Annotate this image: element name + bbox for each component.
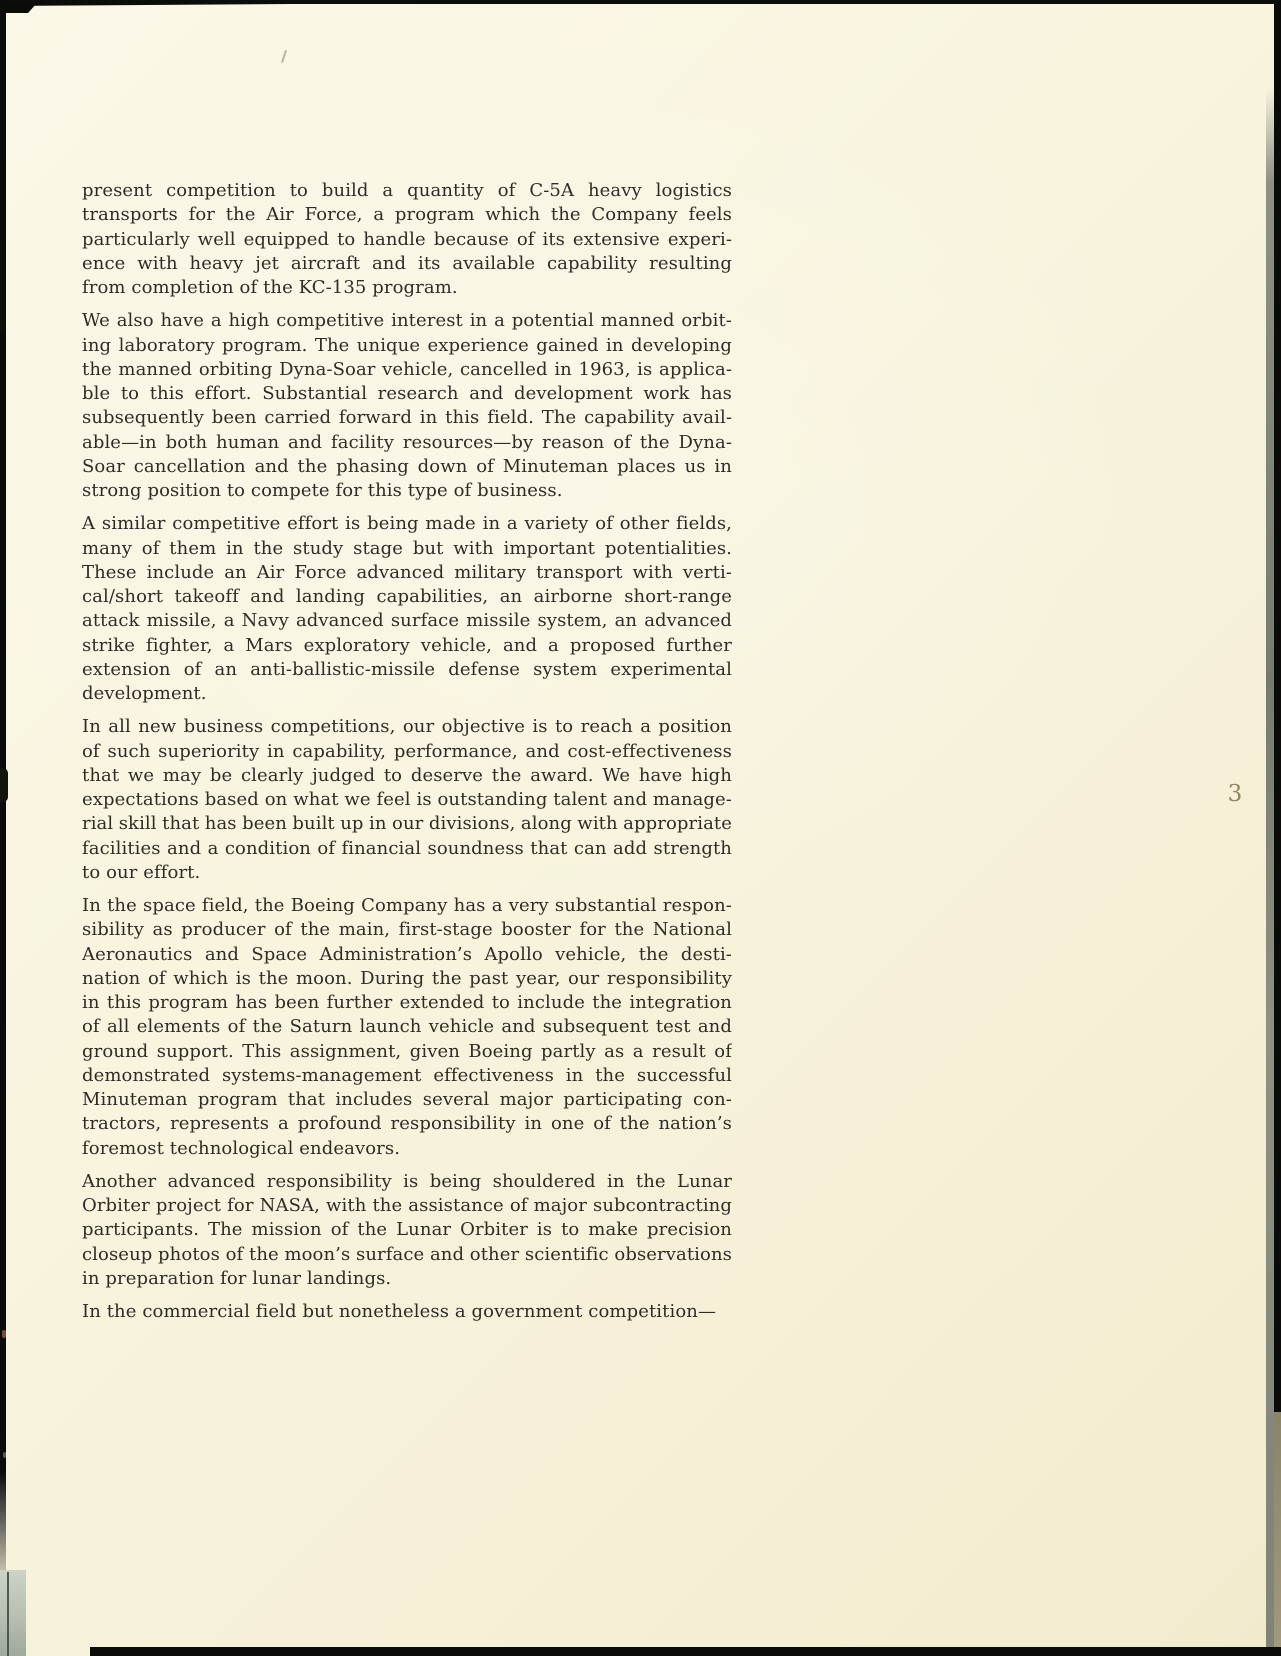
- scan-edge-bottom: [90, 1647, 1281, 1656]
- page-number: 3: [1222, 781, 1248, 807]
- paragraph: We also have a high competitive interest…: [82, 309, 732, 503]
- text-line: Aeronautics and Space Administration’s A…: [82, 943, 732, 967]
- text-line: extension of an anti-ballistic-missile d…: [82, 658, 732, 682]
- text-line: to our effort.: [82, 861, 732, 885]
- scan-notch-top-left: [0, 4, 36, 13]
- scan-edge-top-left-taper: [0, 0, 420, 6]
- text-line: attack missile, a Navy advanced surface …: [82, 609, 732, 633]
- text-line: in preparation for lunar landings.: [82, 1267, 732, 1291]
- scanned-page: present competition to build a quantity …: [0, 0, 1281, 1656]
- text-line: subsequently been carried forward in thi…: [82, 406, 732, 430]
- text-line: facilities and a condition of financial …: [82, 837, 732, 861]
- text-line: rial skill that has been built up in our…: [82, 812, 732, 836]
- page-corner-crease: [7, 1572, 9, 1656]
- text-line: ence with heavy jet aircraft and its ava…: [82, 252, 732, 276]
- text-line: Another advanced responsibility is being…: [82, 1170, 732, 1194]
- text-line: ground support. This assignment, given B…: [82, 1040, 732, 1064]
- text-line: particularly well equipped to handle bec…: [82, 228, 732, 252]
- text-line: closeup photos of the moon’s surface and…: [82, 1243, 732, 1267]
- text-line: ing laboratory program. The unique exper…: [82, 334, 732, 358]
- text-line: In the space field, the Boeing Company h…: [82, 894, 732, 918]
- text-line: transports for the Air Force, a program …: [82, 203, 732, 227]
- text-block: present competition to build a quantity …: [82, 179, 732, 1333]
- text-line: present competition to build a quantity …: [82, 179, 732, 203]
- text-line: of such superiority in capability, perfo…: [82, 740, 732, 764]
- text-line: of all elements of the Saturn launch veh…: [82, 1015, 732, 1039]
- text-line: in this program has been further extende…: [82, 991, 732, 1015]
- text-line: strong position to compete for this type…: [82, 479, 732, 503]
- paragraph: In all new business competitions, our ob…: [82, 715, 732, 885]
- text-line: from completion of the KC-135 program.: [82, 276, 732, 300]
- text-line: able—in both human and facility resource…: [82, 431, 732, 455]
- text-line: foremost technological endeavors.: [82, 1137, 732, 1161]
- text-line: Minuteman program that includes several …: [82, 1088, 732, 1112]
- scan-scratch: [281, 50, 287, 63]
- text-line: Orbiter project for NASA, with the assis…: [82, 1194, 732, 1218]
- text-line: the manned orbiting Dyna-Soar vehicle, c…: [82, 358, 732, 382]
- page-corner-bottom-left: [0, 1570, 26, 1656]
- text-line: demonstrated systems-management effectiv…: [82, 1064, 732, 1088]
- text-line: cal/short takeoff and landing capabiliti…: [82, 585, 732, 609]
- paragraph: Another advanced responsibility is being…: [82, 1170, 732, 1291]
- scan-smudge-2: [0, 768, 8, 802]
- text-line: Soar cancellation and the phasing down o…: [82, 455, 732, 479]
- text-line: that we may be clearly judged to deserve…: [82, 764, 732, 788]
- text-line: We also have a high competitive interest…: [82, 309, 732, 333]
- text-line: In all new business competitions, our ob…: [82, 715, 732, 739]
- text-line: many of them in the study stage but with…: [82, 537, 732, 561]
- paragraph: A similar competitive effort is being ma…: [82, 512, 732, 706]
- scan-speck-1: [2, 1330, 6, 1338]
- text-line: In the commercial field but nonetheless …: [82, 1300, 732, 1324]
- text-line: strike fighter, a Mars exploratory vehic…: [82, 634, 732, 658]
- text-line: development.: [82, 682, 732, 706]
- scan-edge-top: [0, 0, 1281, 4]
- text-line: nation of which is the moon. During the …: [82, 967, 732, 991]
- paragraph: present competition to build a quantity …: [82, 179, 732, 300]
- scan-smudge-1: [0, 240, 5, 332]
- text-line: ble to this effort. Substantial research…: [82, 382, 732, 406]
- scan-edge-left: [0, 0, 6, 1600]
- scan-speck-2: [3, 1452, 6, 1458]
- text-line: sibility as producer of the main, first-…: [82, 918, 732, 942]
- page-edge-shadow-right: [1266, 88, 1274, 1656]
- text-line: These include an Air Force advanced mili…: [82, 561, 732, 585]
- scan-edge-right: [1274, 0, 1281, 1412]
- paragraph: In the space field, the Boeing Company h…: [82, 894, 732, 1161]
- text-line: tractors, represents a profound responsi…: [82, 1112, 732, 1136]
- text-line: A similar competitive effort is being ma…: [82, 512, 732, 536]
- page-edge-right-lower: [1274, 1412, 1281, 1656]
- text-line: expectations based on what we feel is ou…: [82, 788, 732, 812]
- paragraph: In the commercial field but nonetheless …: [82, 1300, 732, 1324]
- text-line: participants. The mission of the Lunar O…: [82, 1218, 732, 1242]
